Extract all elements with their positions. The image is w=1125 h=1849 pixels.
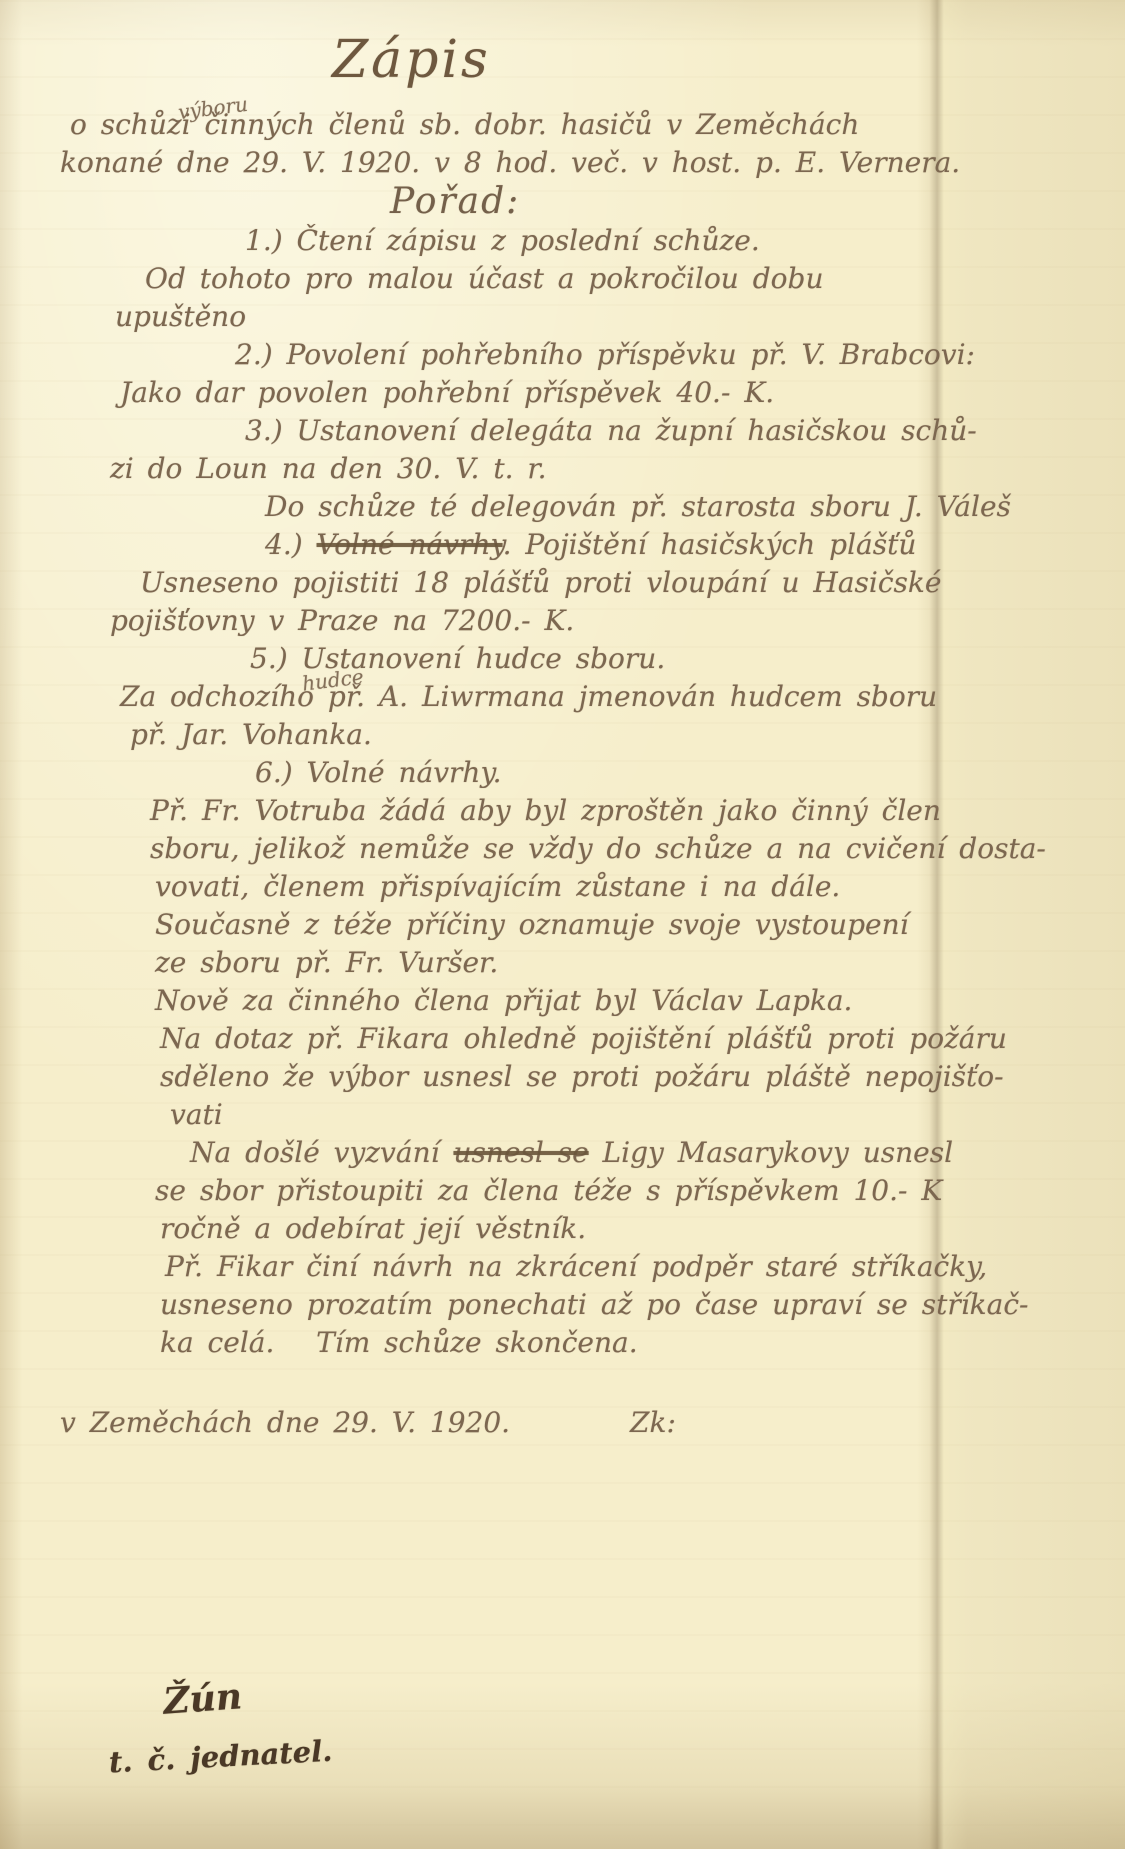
handwritten-minutes: Zápis o schůzi výboručinných členů sb. d… — [0, 0, 1125, 1849]
text-segment: . Pojištění hasičských plášťů — [503, 528, 917, 561]
text-segment: Př. Fr. Votruba žádá aby byl zproštěn ja… — [150, 794, 941, 827]
text-segment: konané dne 29. V. 1920. v 8 hod. več. v … — [60, 146, 960, 179]
text-segment: ročně a odebírat její věstník. — [160, 1212, 586, 1245]
struck-text: Volné návrhy — [317, 528, 503, 561]
text-segment: Nově za činného člena přijat byl Václav … — [155, 984, 852, 1017]
text-segment: Př. Fikar činí návrh na zkrácení podpěr … — [165, 1250, 987, 1283]
text-segment: Do schůze té delegován př. starosta sbor… — [265, 490, 1011, 523]
item-2-heading: 2.) Povolení pohřebního příspěvku př. V.… — [60, 336, 935, 374]
item-2-text: Jako dar povolen pohřební příspěvek 40.-… — [60, 374, 935, 412]
text-segment: Pořad: — [390, 181, 520, 222]
item-6-text-12: ročně a odebírat její věstník. — [60, 1210, 935, 1248]
text-segment: vati — [170, 1098, 223, 1131]
text-segment: př. Jar. Vohanka. — [130, 718, 372, 751]
doc-title: Zápis — [60, 28, 935, 92]
text-segment: Na došlé vyzvání — [190, 1136, 453, 1169]
intro-line-1: o schůzi výboručinných členů sb. dobr. h… — [60, 106, 935, 144]
text-segment: ze sboru př. Fr. Vuršer. — [155, 946, 498, 979]
text-segment: Od tohoto pro malou účast a pokročilou d… — [145, 262, 823, 295]
text-segment: sboru, jelikož nemůže se vždy do schůze … — [150, 832, 1046, 865]
agenda-heading: Pořad: — [60, 182, 935, 222]
text-segment: 2.) Povolení pohřebního příspěvku př. V.… — [235, 338, 975, 371]
text-segment: Za odchozího — [120, 680, 328, 713]
item-5-text: Za odchozího hudcepř. A. Liwrmana jmenov… — [60, 678, 935, 716]
text-segment: usneseno prozatím ponechati až po čase u… — [160, 1288, 1028, 1321]
text-segment: 3.) Ustanovení delegáta na župní hasičsk… — [245, 414, 977, 447]
item-4-text-cont: pojišťovny v Praze na 7200.- K. — [60, 602, 935, 640]
item-6-text-7: Na dotaz př. Fikara ohledně pojištění pl… — [60, 1020, 935, 1058]
item-4-heading: 4.) Volné návrhy. Pojištění hasičských p… — [60, 526, 935, 564]
item-6-text-13: Př. Fikar činí návrh na zkrácení podpěr … — [60, 1248, 935, 1286]
text-segment: Jako dar povolen pohřební příspěvek 40.-… — [120, 376, 774, 409]
item-6-text-1: Př. Fr. Votruba žádá aby byl zproštěn ja… — [60, 792, 935, 830]
intro-line-2: konané dne 29. V. 1920. v 8 hod. več. v … — [60, 144, 935, 182]
text-segment: Současně z téže příčiny oznamuje svoje v… — [155, 908, 909, 941]
item-6-text-9: vati — [60, 1096, 935, 1134]
text-segment: Na dotaz př. Fikara ohledně pojištění pl… — [160, 1022, 1007, 1055]
item-6-text-14: usneseno prozatím ponechati až po čase u… — [60, 1286, 935, 1324]
item-6-text-8: sděleno že výbor usnesl se proti požáru … — [60, 1058, 935, 1096]
item-3-heading: 3.) Ustanovení delegáta na župní hasičsk… — [60, 412, 935, 450]
text-segment: v Zeměchách dne 29. V. 1920. — [60, 1406, 510, 1439]
closing-line: ka celá. Tím schůze skončena. — [60, 1324, 935, 1362]
text-segment: Žún — [162, 1675, 243, 1722]
item-1-text: Od tohoto pro malou účast a pokročilou d… — [60, 260, 935, 298]
struck-text: usnesl se — [453, 1136, 588, 1169]
text-segment: ka celá. Tím schůze skončena. — [160, 1326, 638, 1359]
item-3-heading-cont: zi do Loun na den 30. V. t. r. — [60, 450, 935, 488]
item-6-text-2: sboru, jelikož nemůže se vždy do schůze … — [60, 830, 935, 868]
text-segment: t. č. jednatel. — [108, 1734, 333, 1780]
text-segment: činných členů sb. dobr. hasičů v Zeměchá… — [204, 108, 859, 141]
item-6-text-11: se sbor přistoupiti za člena téže s přís… — [60, 1172, 935, 1210]
text-segment: Usneseno pojistiti 18 plášťů proti vloup… — [140, 566, 941, 599]
item-4-text: Usneseno pojistiti 18 plášťů proti vloup… — [60, 564, 935, 602]
text-segment: př. A. Liwrmana jmenován hudcem sboru — [328, 680, 937, 713]
item-6-text-10: Na došlé vyzvání usnesl se Ligy Masaryko… — [60, 1134, 935, 1172]
text-segment: 1.) Čtení zápisu z poslední schůze. — [245, 224, 760, 257]
text-segment: zi do Loun na den 30. V. t. r. — [110, 452, 547, 485]
doc-body: o schůzi výboručinných členů sb. dobr. h… — [60, 106, 935, 1784]
item-5-heading: 5.) Ustanovení hudce sboru. — [60, 640, 935, 678]
item-6-text-4: Současně z téže příčiny oznamuje svoje v… — [60, 906, 935, 944]
item-3-text: Do schůze té delegován př. starosta sbor… — [60, 488, 935, 526]
item-6-text-6: Nově za činného člena přijat byl Václav … — [60, 982, 935, 1020]
text-segment: se sbor přistoupiti za člena téže s přís… — [155, 1174, 942, 1207]
item-5-text-cont: př. Jar. Vohanka. — [60, 716, 935, 754]
item-6-text-3: vovati, členem přispívajícím zůstane i n… — [60, 868, 935, 906]
text-segment: Zk: — [630, 1406, 676, 1439]
item-1-heading: 1.) Čtení zápisu z poslední schůze. — [60, 222, 935, 260]
text-segment: 4.) — [265, 528, 317, 561]
item-6-heading: 6.) Volné návrhy. — [60, 754, 935, 792]
text-segment: upuštěno — [115, 300, 246, 333]
text-segment: sděleno že výbor usnesl se proti požáru … — [160, 1060, 1004, 1093]
footer-dateline: v Zeměchách dne 29. V. 1920.Zk: — [60, 1404, 935, 1442]
text-segment: vovati, členem přispívajícím zůstane i n… — [155, 870, 840, 903]
text-segment: pojišťovny v Praze na 7200.- K. — [110, 604, 574, 637]
text-segment: 6.) Volné návrhy. — [255, 756, 501, 789]
text-segment: Ligy Masarykovy usnesl — [589, 1136, 953, 1169]
item-6-text-5: ze sboru př. Fr. Vuršer. — [60, 944, 935, 982]
scanned-document-page: Zápis o schůzi výboručinných členů sb. d… — [0, 0, 1125, 1849]
item-1-text-cont: upuštěno — [60, 298, 935, 336]
